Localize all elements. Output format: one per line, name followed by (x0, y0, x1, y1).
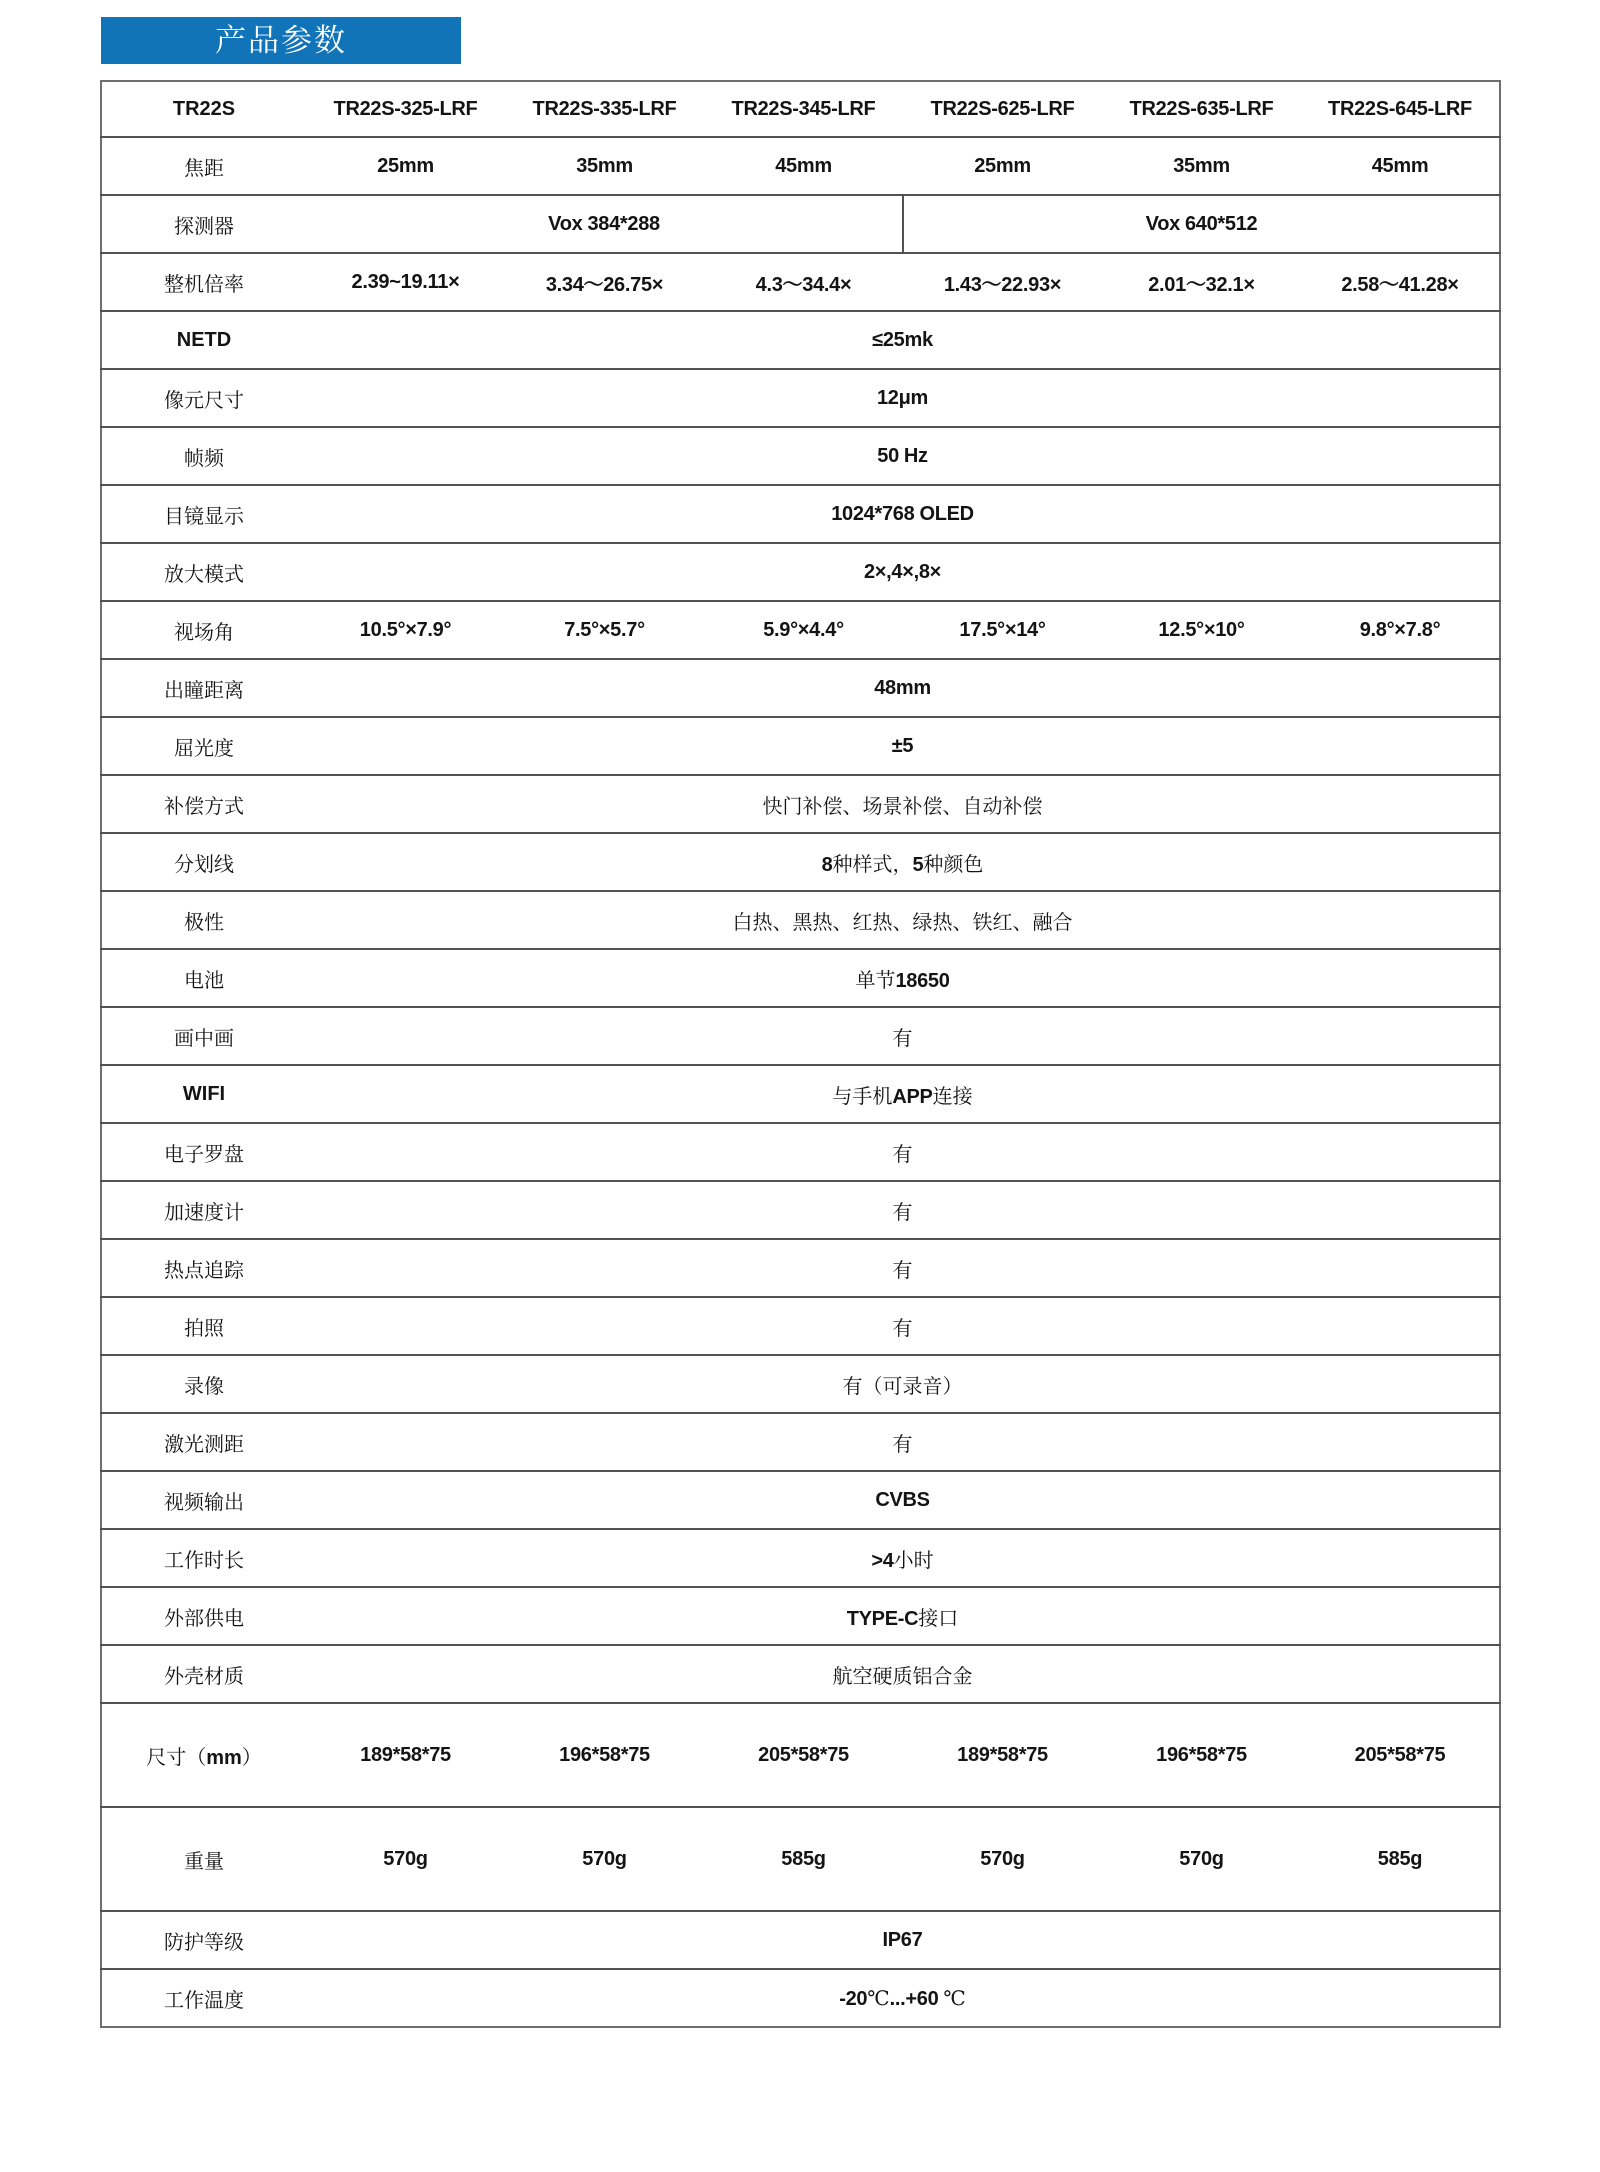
spec-value: 2.39~19.11× (306, 253, 505, 311)
spec-value-left: Vox 384*288 (306, 195, 903, 253)
model-name: TR22S-635-LRF (1102, 81, 1301, 137)
spec-value-merged: 1024*768 OLED (306, 485, 1500, 543)
row-label: 加速度计 (101, 1181, 306, 1239)
spec-value-merged: ±5 (306, 717, 1500, 775)
model-name: TR22S-335-LRF (505, 81, 704, 137)
spec-table: TR22STR22S-325-LRFTR22S-335-LRFTR22S-345… (100, 80, 1501, 2028)
row-label: 极性 (101, 891, 306, 949)
spec-row: 探测器Vox 384*288Vox 640*512 (101, 195, 1500, 253)
row-label: 探测器 (101, 195, 306, 253)
header-row: TR22STR22S-325-LRFTR22S-335-LRFTR22S-345… (101, 81, 1500, 137)
spec-row: 视频输出CVBS (101, 1471, 1500, 1529)
row-label: 电子罗盘 (101, 1123, 306, 1181)
spec-value: 585g (704, 1807, 903, 1911)
row-label: 出瞳距离 (101, 659, 306, 717)
spec-value-merged: -20℃...+60 ℃ (306, 1969, 1500, 2027)
spec-value: 570g (903, 1807, 1102, 1911)
spec-value: 12.5°×10° (1102, 601, 1301, 659)
spec-row: 拍照有 (101, 1297, 1500, 1355)
spec-value-merged: 有 (306, 1123, 1500, 1181)
spec-row: 帧频50 Hz (101, 427, 1500, 485)
spec-value: 10.5°×7.9° (306, 601, 505, 659)
spec-value-merged: TYPE-C接口 (306, 1587, 1500, 1645)
spec-row: 录像有（可录音） (101, 1355, 1500, 1413)
spec-value: 196*58*75 (505, 1703, 704, 1807)
row-label: 画中画 (101, 1007, 306, 1065)
row-label: 电池 (101, 949, 306, 1007)
title-banner: 产品参数 (101, 17, 461, 64)
row-label: 屈光度 (101, 717, 306, 775)
spec-row: NETD≤25mk (101, 311, 1500, 369)
spec-value-merged: 有（可录音） (306, 1355, 1500, 1413)
spec-value-merged: 白热、黑热、红热、绿热、铁红、融合 (306, 891, 1500, 949)
spec-value: 205*58*75 (704, 1703, 903, 1807)
spec-value: 3.34～26.75× (505, 253, 704, 311)
spec-value-merged: IP67 (306, 1911, 1500, 1969)
spec-row: 热点追踪有 (101, 1239, 1500, 1297)
row-label: 外壳材质 (101, 1645, 306, 1703)
row-label: 整机倍率 (101, 253, 306, 311)
row-label: 放大模式 (101, 543, 306, 601)
spec-value-merged: 有 (306, 1181, 1500, 1239)
model-name: TR22S-625-LRF (903, 81, 1102, 137)
row-label: 录像 (101, 1355, 306, 1413)
spec-value: 189*58*75 (903, 1703, 1102, 1807)
spec-value: 7.5°×5.7° (505, 601, 704, 659)
model-name: TR22S-345-LRF (704, 81, 903, 137)
model-name: TR22S-325-LRF (306, 81, 505, 137)
spec-value-merged: ≤25mk (306, 311, 1500, 369)
spec-value-merged: 快门补偿、场景补偿、自动补偿 (306, 775, 1500, 833)
spec-value: 17.5°×14° (903, 601, 1102, 659)
spec-value-merged: 48mm (306, 659, 1500, 717)
row-label: 热点追踪 (101, 1239, 306, 1297)
spec-value: 585g (1301, 1807, 1500, 1911)
spec-value: 196*58*75 (1102, 1703, 1301, 1807)
row-label: 焦距 (101, 137, 306, 195)
spec-table-body: TR22STR22S-325-LRFTR22S-335-LRFTR22S-345… (101, 81, 1500, 2027)
row-label: 帧频 (101, 427, 306, 485)
row-label: 外部供电 (101, 1587, 306, 1645)
spec-value-merged: 有 (306, 1413, 1500, 1471)
spec-value: 5.9°×4.4° (704, 601, 903, 659)
spec-value-merged: 2×,4×,8× (306, 543, 1500, 601)
row-label: 视频输出 (101, 1471, 306, 1529)
spec-value: 2.01～32.1× (1102, 253, 1301, 311)
spec-row: 极性白热、黑热、红热、绿热、铁红、融合 (101, 891, 1500, 949)
spec-row: WIFI与手机APP连接 (101, 1065, 1500, 1123)
spec-row: 画中画有 (101, 1007, 1500, 1065)
spec-row: 出瞳距离48mm (101, 659, 1500, 717)
row-label: NETD (101, 311, 306, 369)
spec-value-merged: 单节18650 (306, 949, 1500, 1007)
spec-value: 45mm (704, 137, 903, 195)
series-label: TR22S (101, 81, 306, 137)
spec-row: 外壳材质航空硬质铝合金 (101, 1645, 1500, 1703)
spec-value-merged: 有 (306, 1239, 1500, 1297)
page: 产品参数 TR22STR22S-325-LRFTR22S-335-LRFTR22… (0, 0, 1600, 2172)
spec-row: 重量570g570g585g570g570g585g (101, 1807, 1500, 1911)
spec-value-merged: 有 (306, 1297, 1500, 1355)
row-label: 目镜显示 (101, 485, 306, 543)
row-label: 补偿方式 (101, 775, 306, 833)
spec-row: 补偿方式快门补偿、场景补偿、自动补偿 (101, 775, 1500, 833)
spec-row: 焦距25mm35mm45mm25mm35mm45mm (101, 137, 1500, 195)
page-title: 产品参数 (215, 25, 347, 56)
row-label: 视场角 (101, 601, 306, 659)
spec-value: 570g (306, 1807, 505, 1911)
spec-value: 205*58*75 (1301, 1703, 1500, 1807)
spec-value: 9.8°×7.8° (1301, 601, 1500, 659)
spec-value-merged: 与手机APP连接 (306, 1065, 1500, 1123)
row-label: 防护等级 (101, 1911, 306, 1969)
spec-value-merged: CVBS (306, 1471, 1500, 1529)
row-label: 重量 (101, 1807, 306, 1911)
row-label: 分划线 (101, 833, 306, 891)
spec-row: 尺寸（mm）189*58*75196*58*75205*58*75189*58*… (101, 1703, 1500, 1807)
model-name: TR22S-645-LRF (1301, 81, 1500, 137)
spec-value: 35mm (505, 137, 704, 195)
row-label: 像元尺寸 (101, 369, 306, 427)
spec-row: 加速度计有 (101, 1181, 1500, 1239)
spec-value-merged: >4小时 (306, 1529, 1500, 1587)
spec-value-merged: 有 (306, 1007, 1500, 1065)
spec-row: 放大模式2×,4×,8× (101, 543, 1500, 601)
row-label: 工作时长 (101, 1529, 306, 1587)
spec-row: 视场角10.5°×7.9°7.5°×5.7°5.9°×4.4°17.5°×14°… (101, 601, 1500, 659)
row-label: 工作温度 (101, 1969, 306, 2027)
spec-value-merged: 50 Hz (306, 427, 1500, 485)
spec-row: 屈光度±5 (101, 717, 1500, 775)
spec-value-merged: 航空硬质铝合金 (306, 1645, 1500, 1703)
spec-row: 工作时长>4小时 (101, 1529, 1500, 1587)
spec-row: 激光测距有 (101, 1413, 1500, 1471)
spec-value-merged: 8种样式，5种颜色 (306, 833, 1500, 891)
spec-value: 1.43～22.93× (903, 253, 1102, 311)
spec-row: 工作温度-20℃...+60 ℃ (101, 1969, 1500, 2027)
spec-value-right: Vox 640*512 (903, 195, 1500, 253)
spec-value: 35mm (1102, 137, 1301, 195)
row-label: 拍照 (101, 1297, 306, 1355)
spec-row: 像元尺寸12μm (101, 369, 1500, 427)
spec-row: 整机倍率2.39~19.11×3.34～26.75×4.3～34.4×1.43～… (101, 253, 1500, 311)
spec-row: 电池单节18650 (101, 949, 1500, 1007)
spec-value-merged: 12μm (306, 369, 1500, 427)
spec-value: 25mm (306, 137, 505, 195)
spec-value: 4.3～34.4× (704, 253, 903, 311)
spec-row: 分划线8种样式，5种颜色 (101, 833, 1500, 891)
spec-value: 45mm (1301, 137, 1500, 195)
row-label: 尺寸（mm） (101, 1703, 306, 1807)
spec-row: 电子罗盘有 (101, 1123, 1500, 1181)
row-label: 激光测距 (101, 1413, 306, 1471)
spec-value: 189*58*75 (306, 1703, 505, 1807)
row-label: WIFI (101, 1065, 306, 1123)
spec-row: 外部供电TYPE-C接口 (101, 1587, 1500, 1645)
spec-value: 570g (505, 1807, 704, 1911)
spec-row: 目镜显示1024*768 OLED (101, 485, 1500, 543)
spec-value: 25mm (903, 137, 1102, 195)
spec-value: 2.58～41.28× (1301, 253, 1500, 311)
spec-row: 防护等级IP67 (101, 1911, 1500, 1969)
spec-value: 570g (1102, 1807, 1301, 1911)
